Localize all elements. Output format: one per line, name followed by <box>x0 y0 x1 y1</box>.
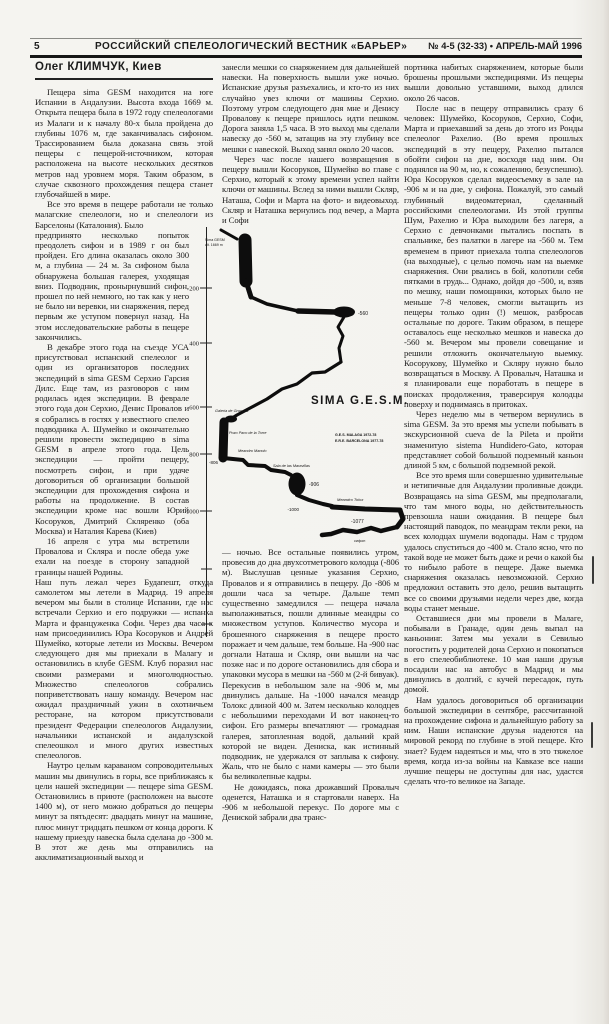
paragraph: занесли мешки со снаряжением для дальней… <box>222 62 399 154</box>
depth-label: -1000 <box>287 507 299 512</box>
paragraph: Нам удалось договориться об организации … <box>404 695 583 787</box>
header-rule <box>30 55 582 58</box>
diagram-title: SIMA G.E.S.M. <box>311 395 407 407</box>
paragraph: Все это время шли совершенно удивительны… <box>404 470 583 613</box>
depth-scale <box>200 227 212 637</box>
scale-tick-label: 200 <box>189 286 199 293</box>
scale-tick-label: 400 <box>189 341 199 348</box>
depth-label: -560 <box>358 311 368 317</box>
paragraph: предпринято несколько попыток преодолеть… <box>35 230 189 342</box>
article-column-2-top: занесли мешки со снаряжением для дальней… <box>222 62 399 225</box>
passage-label: Galeria de Granada <box>215 409 248 413</box>
survey-credits: E.R.E. BARCELONA 1977-78 <box>335 439 383 443</box>
paragraph: — ночью. Все остальные появились утром, … <box>222 547 399 782</box>
page-number: 5 <box>34 41 74 52</box>
journal-title: РОССИЙСКИЙ СПЕЛЕОЛОГИЧЕСКИЙ ВЕСТНИК «БАР… <box>74 41 428 52</box>
paragraph: После нас в пещеру отправились сразу 6 ч… <box>404 103 583 409</box>
scan-artifact <box>591 722 593 748</box>
paragraph: В декабре этого года на съезде УСА прису… <box>35 342 189 536</box>
paragraph: Наутро целым караваном сопроводительных … <box>35 760 213 862</box>
column-1-wide-top: Пещера sima GESM находится на юге Испани… <box>35 87 213 230</box>
passage-label: Pozo Paco de la Torre <box>229 431 266 435</box>
paragraph: Через час после нашего возвращения в пещ… <box>222 154 399 225</box>
depth-label: -1077 <box>351 519 364 525</box>
column-1-narrow-middle: предпринято несколько попыток преодолеть… <box>35 230 189 577</box>
issue-info: № 4-5 (32-33) • АПРЕЛЬ-МАЙ 1996 <box>428 41 582 51</box>
scale-tick-label: 600 <box>189 405 199 412</box>
paragraph: портника набитых снаряжением, которые бы… <box>404 62 583 103</box>
depth-label: -906 <box>309 482 319 488</box>
passage-label: Meandro Tolox <box>337 497 364 502</box>
scale-tick-label: 800 <box>189 452 199 459</box>
author-underline <box>35 78 213 80</box>
scan-artifact <box>592 556 594 584</box>
survey-credits: G.E.S. MALAGA 1972-78 <box>335 433 376 437</box>
author-heading: Олег КЛИМЧУК, Киев <box>35 61 213 73</box>
scanned-journal-page: 5 РОССИЙСКИЙ СПЕЛЕОЛОГИЧЕСКИЙ ВЕСТНИК «Б… <box>0 0 609 1024</box>
scale-tick-label: 1000 <box>186 509 199 516</box>
article-column-2-bottom: — ночью. Все остальные появились утром, … <box>222 547 399 822</box>
entrance-label: alt. 1669 m <box>205 243 223 247</box>
article-column-3: портника набитых снаряжением, которые бы… <box>404 62 583 786</box>
paragraph: Пещера sima GESM находится на юге Испани… <box>35 87 213 199</box>
paragraph: 16 апреля с утра мы встретили Провалова … <box>35 536 189 577</box>
passage-label: Sala de las Maravillas <box>273 464 310 468</box>
top-rule <box>30 38 582 39</box>
cave-profile <box>221 230 403 535</box>
paragraph: Через неделю мы в четвером вернулись в s… <box>404 409 583 470</box>
depth-label: -806 <box>209 460 219 465</box>
entrance-label: Sima GESM <box>205 238 225 242</box>
depth-label: сифон <box>354 539 365 543</box>
paragraph: Не дожидаясь, пока дрожавший Провалыч од… <box>222 782 399 823</box>
passage-label: Meandro Manolo <box>238 449 267 453</box>
page-header: 5 РОССИЙСКИЙ СПЕЛЕОЛОГИЧЕСКИЙ ВЕСТНИК «Б… <box>34 41 582 52</box>
paragraph: Оставшиеся дни мы провели в Малаге, побы… <box>404 613 583 695</box>
